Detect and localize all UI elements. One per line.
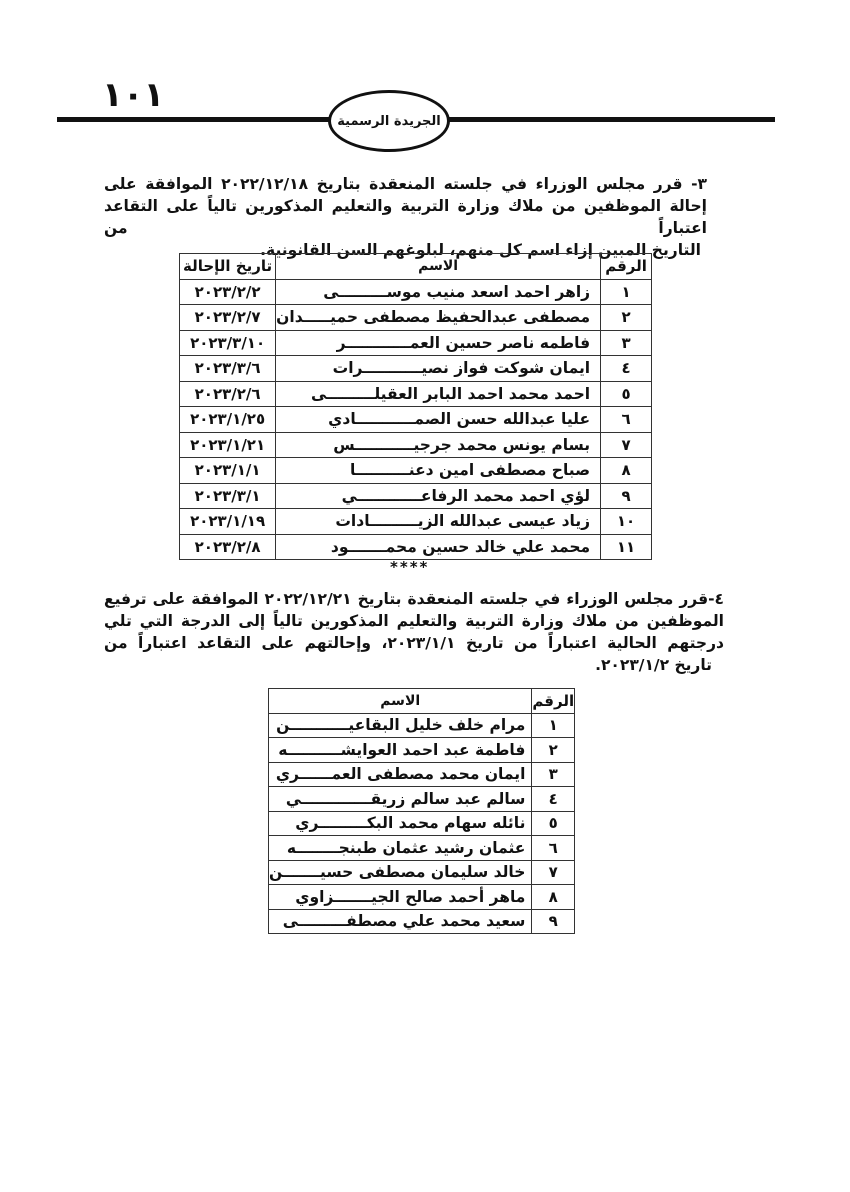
row-number: ٥ [601, 381, 652, 407]
table-row: ١٠زياد عيسى عبدالله الزيـــــــــادات٢٠٢… [180, 509, 652, 535]
row-number: ٩ [532, 909, 575, 934]
row-name: عليا عبدالله حسن الصمـــــــــــادي [276, 407, 601, 433]
row-date: ٢٠٢٣/١/١٩ [180, 509, 276, 535]
row-name: ماهر أحمد صالح الجيـــــــزاوي [269, 885, 532, 910]
table-row: ٨صباح مصطفى امين دعنــــــــــا٢٠٢٣/١/١ [180, 458, 652, 484]
section-3-paragraph: ٣- قرر مجلس الوزراء في جلسته المنعقدة بت… [104, 173, 707, 261]
table-row: ٦عثمان رشيد عثمان طبنجــــــــه [269, 836, 575, 861]
table-row: ٢مصطفى عبدالحفيظ مصطفى حميـــــدان٢٠٢٣/٢… [180, 305, 652, 331]
row-number: ٥ [532, 811, 575, 836]
row-number: ٧ [532, 860, 575, 885]
gazette-title-oval: الجريدة الرسمية [328, 90, 450, 152]
header-number: الرقم [532, 689, 575, 714]
row-number: ٨ [601, 458, 652, 484]
row-date: ٢٠٢٣/٣/٦ [180, 356, 276, 382]
section-4-paragraph: ٤-قرر مجلس الوزراء في جلسته المنعقدة بتا… [104, 588, 724, 676]
table-header-row: الرقم الاسم تاريخ الإحالة [180, 254, 652, 280]
row-number: ١١ [601, 534, 652, 560]
table-row: ١١محمد علي خالد حسين محمـــــــود٢٠٢٣/٢/… [180, 534, 652, 560]
row-name: ايمان شوكت فواز نصيـــــــــــرات [276, 356, 601, 382]
table-row: ٨ماهر أحمد صالح الجيـــــــزاوي [269, 885, 575, 910]
row-name: عثمان رشيد عثمان طبنجــــــــه [269, 836, 532, 861]
header-number: الرقم [601, 254, 652, 280]
row-number: ٦ [601, 407, 652, 433]
table-row: ١زاهر احمد اسعد منيب موســـــــــى٢٠٢٣/٢… [180, 279, 652, 305]
table-row: ٧خالد سليمان مصطفى حسيـــــــن [269, 860, 575, 885]
row-name: خالد سليمان مصطفى حسيـــــــن [269, 860, 532, 885]
section-3-text: ٣- قرر مجلس الوزراء في جلسته المنعقدة بت… [104, 173, 707, 239]
table-row: ٥نائله سهام محمد البكـــــــــري [269, 811, 575, 836]
row-number: ٨ [532, 885, 575, 910]
table-row: ٩لؤي احمد محمد الرفاعــــــــــــي٢٠٢٣/٣… [180, 483, 652, 509]
table-row: ٣ايمان محمد مصطفى العمــــــري [269, 762, 575, 787]
table-row: ٦عليا عبدالله حسن الصمـــــــــــادي٢٠٢٣… [180, 407, 652, 433]
row-date: ٢٠٢٣/٢/٢ [180, 279, 276, 305]
table-row: ٤ايمان شوكت فواز نصيـــــــــــرات٢٠٢٣/٣… [180, 356, 652, 382]
row-name: احمد محمد احمد البابر العقيلـــــــــى [276, 381, 601, 407]
table-row: ١مرام خلف خليل البقاعيـــــــــــن [269, 713, 575, 738]
table-row: ٩سعيد محمد علي مصطفـــــــــى [269, 909, 575, 934]
table-header-row: الرقم الاسم [269, 689, 575, 714]
row-number: ١ [532, 713, 575, 738]
row-date: ٢٠٢٣/١/٢٥ [180, 407, 276, 433]
header-name: الاسم [269, 689, 532, 714]
row-name: محمد علي خالد حسين محمـــــــود [276, 534, 601, 560]
row-number: ٢ [601, 305, 652, 331]
row-number: ٩ [601, 483, 652, 509]
row-date: ٢٠٢٣/٢/٨ [180, 534, 276, 560]
row-name: صباح مصطفى امين دعنــــــــــا [276, 458, 601, 484]
row-number: ١٠ [601, 509, 652, 535]
row-date: ٢٠٢٣/٣/١ [180, 483, 276, 509]
row-number: ٤ [601, 356, 652, 382]
row-name: زياد عيسى عبدالله الزيـــــــــادات [276, 509, 601, 535]
row-name: نائله سهام محمد البكـــــــــري [269, 811, 532, 836]
section-separator: **** [390, 558, 429, 576]
row-date: ٢٠٢٣/٢/٧ [180, 305, 276, 331]
page-number: ١٠١ [102, 78, 164, 112]
table-row: ٢فاطمة عبد احمد العوايشــــــــــه [269, 738, 575, 763]
header-name: الاسم [276, 254, 601, 280]
row-number: ٢ [532, 738, 575, 763]
row-date: ٢٠٢٣/١/١ [180, 458, 276, 484]
row-number: ١ [601, 279, 652, 305]
table-row: ٣فاطمه ناصر حسين العمــــــــــــر٢٠٢٣/٣… [180, 330, 652, 356]
row-name: مصطفى عبدالحفيظ مصطفى حميـــــدان [276, 305, 601, 331]
row-name: فاطمه ناصر حسين العمــــــــــــر [276, 330, 601, 356]
row-number: ٣ [601, 330, 652, 356]
row-number: ٦ [532, 836, 575, 861]
row-name: سعيد محمد علي مصطفـــــــــى [269, 909, 532, 934]
table-row: ٥احمد محمد احمد البابر العقيلـــــــــى٢… [180, 381, 652, 407]
row-date: ٢٠٢٣/١/٢١ [180, 432, 276, 458]
row-name: فاطمة عبد احمد العوايشــــــــــه [269, 738, 532, 763]
header-date: تاريخ الإحالة [180, 254, 276, 280]
row-name: مرام خلف خليل البقاعيـــــــــــن [269, 713, 532, 738]
row-name: سالم عبد سالم زريقـــــــــــــي [269, 787, 532, 812]
section-3-table: الرقم الاسم تاريخ الإحالة ١زاهر احمد اسع… [179, 253, 652, 560]
section-4-text-last-line: تاريخ ٢٠٢٣/١/٢. [104, 654, 724, 676]
row-name: زاهر احمد اسعد منيب موســـــــــى [276, 279, 601, 305]
row-date: ٢٠٢٣/٢/٦ [180, 381, 276, 407]
section-4-text: ٤-قرر مجلس الوزراء في جلسته المنعقدة بتا… [104, 588, 724, 654]
row-name: لؤي احمد محمد الرفاعــــــــــــي [276, 483, 601, 509]
table-row: ٤سالم عبد سالم زريقـــــــــــــي [269, 787, 575, 812]
row-date: ٢٠٢٣/٣/١٠ [180, 330, 276, 356]
section-4-table: الرقم الاسم ١مرام خلف خليل البقاعيــــــ… [268, 688, 575, 934]
row-number: ٧ [601, 432, 652, 458]
row-number: ٤ [532, 787, 575, 812]
row-name: ايمان محمد مصطفى العمــــــري [269, 762, 532, 787]
gazette-title: الجريدة الرسمية [337, 114, 441, 129]
row-name: بسام يونس محمد جرجيـــــــــــس [276, 432, 601, 458]
row-number: ٣ [532, 762, 575, 787]
table-row: ٧بسام يونس محمد جرجيـــــــــــس٢٠٢٣/١/٢… [180, 432, 652, 458]
